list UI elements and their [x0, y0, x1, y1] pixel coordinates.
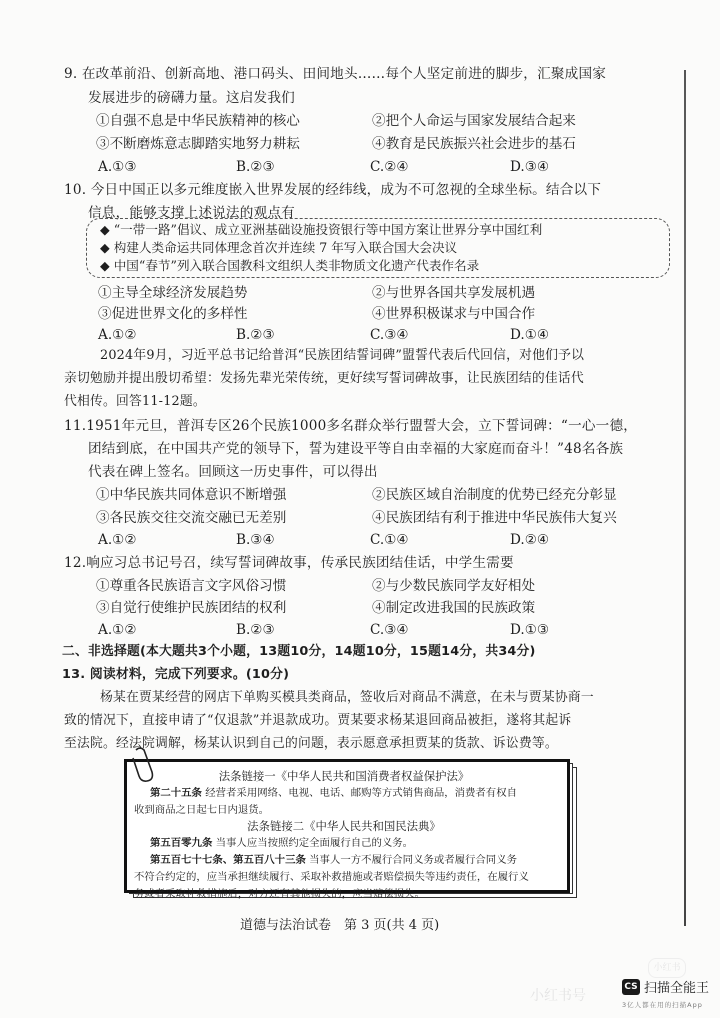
q12-choice-a: A.①② — [98, 620, 137, 640]
q10-option-4: ④世界积极谋求与中国合作 — [372, 304, 535, 324]
q11-choice-b: B.③④ — [236, 530, 275, 550]
q12-option-4: ④制定改进我国的民族政策 — [372, 598, 535, 618]
q10-choice-b: B.②③ — [236, 325, 275, 345]
watermark-badge: 小红书 — [648, 958, 686, 978]
q11-choice-d: D.②④ — [510, 530, 549, 550]
q11-stem-line1: 11.1951年元旦，普洱专区26个民族1000多名群众举行盟誓大会，立下誓词碑… — [64, 416, 637, 436]
q10-choice-a: A.①② — [98, 325, 137, 345]
law-article-577-line3: 务或者采取补救措施后，对方还有其他损失的，应当赔偿损失。 — [134, 886, 425, 902]
q10-info-3: ◆中国“春节”列入联合国教科文组织人类非物质文化遗产代表作名录 — [100, 257, 479, 275]
q11-stem-line3: 代表在碑上签名。回顾这一历史事件，可以得出 — [88, 462, 378, 482]
page-footer: 道德与法治试卷 第 3 页(共 4 页) — [240, 914, 439, 933]
law-article-25-line2: 收到商品之日起七日内退货。 — [134, 802, 269, 818]
law-article-509: 第五百零九条 当事人应当按照约定全面履行自己的义务。 — [150, 835, 413, 851]
camscanner-logo-icon: CS — [622, 979, 640, 995]
q11-choice-c: C.①④ — [370, 530, 409, 550]
q11-stem-line2: 团结到底，在中国共产党的领导下，誓为建设平等自由幸福的大家庭而奋斗！”48名各族 — [88, 439, 623, 459]
law-title-1: 法条链接一《中华人民共和国消费者权益保护法》 — [124, 768, 564, 784]
law-article-577-line2: 不符合约定的，应当承担继续履行、采取补救措施或者赔偿损失等违约责任，在履行义 — [134, 869, 529, 885]
q13-para-line1: 杨某在贾某经营的网店下单购买模具类商品，签收后对商品不满意，在未与贾某协商一 — [100, 688, 594, 708]
q12-option-3: ③自觉行使维护民族团结的权利 — [96, 598, 286, 618]
q11-option-4: ④民族团结有利于推进中华民族伟大复兴 — [372, 508, 617, 528]
diamond-bullet-icon: ◆ — [100, 257, 110, 275]
q10-choice-c: C.③④ — [370, 325, 409, 345]
camscanner-tagline: 3亿人都在用的扫描App — [622, 1000, 703, 1009]
material-line1: 2024年9月，习近平总书记给普洱“民族团结誓词碑”盟誓代表后代回信，对他们予以 — [100, 346, 584, 366]
q11-option-3: ③各民族交往交流交融已无差别 — [96, 508, 286, 528]
q12-option-2: ②与少数民族同学友好相处 — [372, 576, 535, 596]
material-line3: 代相传。回答11-12题。 — [64, 392, 206, 412]
q12-choice-d: D.①③ — [510, 620, 549, 640]
material-line2: 亲切勉励并提出殷切希望：发扬先辈光荣传统，更好续写誓词碑故事，让民族团结的佳话代 — [64, 369, 584, 389]
q12-option-1: ①尊重各民族语言文字风俗习惯 — [96, 576, 286, 596]
q11-option-2: ②民族区域自治制度的优势已经充分彰显 — [372, 485, 617, 505]
q10-option-1: ①主导全球经济发展趋势 — [98, 283, 248, 303]
q10-option-3: ③促进世界文化的多样性 — [98, 304, 248, 324]
q12-choice-b: B.②③ — [236, 620, 275, 640]
law-article-577-line1: 第五百七十七条、第五百八十三条 当事人一方不履行合同义务或者履行合同义务 — [150, 852, 517, 868]
q11-option-1: ①中华民族共同体意识不断增强 — [96, 485, 286, 505]
law-title-2: 法条链接二《中华人民共和国民法典》 — [124, 818, 564, 834]
q12-stem-line1: 12.响应习总书记号召，续写誓词碑故事，传承民族团结佳话，中学生需要 — [64, 553, 514, 573]
q11-choice-a: A.①② — [98, 530, 137, 550]
law-box-group: 法条链接一《中华人民共和国消费者权益保护法》 第二十五条 经营者采用网络、电视、… — [0, 50, 720, 250]
law-article-25-line1: 第二十五条 经营者采用网络、电视、电话、邮购等方式销售商品，消费者有权自 — [150, 785, 517, 801]
q10-option-2: ②与世界各国共享发展机遇 — [372, 283, 535, 303]
q13-para-line2: 致的情况下，直接申请了“仅退款”并退款成功。贾某要求杨某退回商品被拒，遂将其起诉 — [64, 711, 571, 731]
camscanner-name: 扫描全能王 — [644, 977, 709, 996]
q13-heading: 13. 阅读材料，完成下列要求。(10分) — [62, 665, 289, 685]
section2-heading: 二、非选择题(本大题共3个小题，13题10分，14题10分，15题14分，共34… — [62, 642, 536, 662]
q10-choice-d: D.①④ — [510, 325, 549, 345]
q12-choice-c: C.③④ — [370, 620, 409, 640]
watermark-text: 小红书号 — [530, 985, 586, 1005]
